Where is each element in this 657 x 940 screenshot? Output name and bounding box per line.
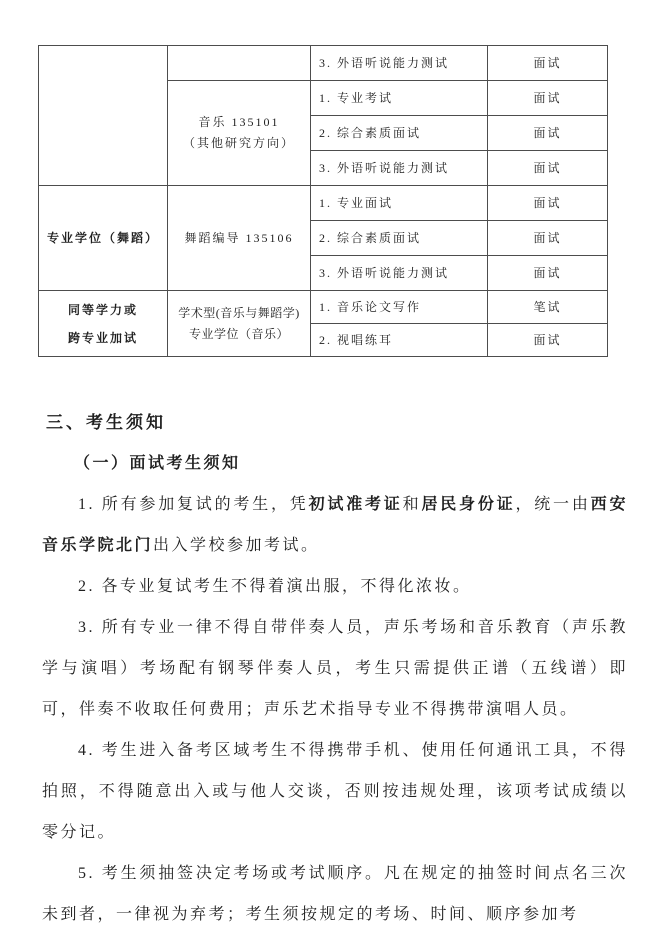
program-line: 音乐 135101 xyxy=(168,112,310,133)
program-line: 专业学位（音乐） xyxy=(168,324,310,345)
p1-segment: 和 xyxy=(403,496,422,513)
p1-segment: ，统一由 xyxy=(515,496,590,513)
program-cell-academic: 学术型(音乐与舞蹈学) 专业学位（音乐） xyxy=(168,291,311,357)
program-cell-music: 音乐 135101 （其他研究方向） xyxy=(168,81,311,186)
notice-paragraph-1: 1. 所有参加复试的考生，凭初试准考证和居民身份证，统一由西安音乐学院北门出入学… xyxy=(42,484,628,566)
mode-cell: 面试 xyxy=(488,186,608,221)
mode-cell: 笔试 xyxy=(488,291,608,324)
program-line: （其他研究方向） xyxy=(168,133,310,154)
exam-subjects-table: 3. 外语听说能力测试 面试 音乐 135101 （其他研究方向） 1. 专业考… xyxy=(38,45,608,357)
p1-segment: 1. 所有参加复试的考生，凭 xyxy=(78,496,309,513)
subject-cell: 2. 综合素质面试 xyxy=(311,221,488,256)
category-cell-equivalency: 同等学力或 跨专业加试 xyxy=(39,291,168,357)
subject-cell: 1. 专业考试 xyxy=(311,81,488,116)
category-cell-dance-degree: 专业学位（舞蹈） xyxy=(39,186,168,291)
table-row: 专业学位（舞蹈） 舞蹈编导 135106 1. 专业面试 面试 xyxy=(39,186,608,221)
p1-segment-bold: 初试准考证 xyxy=(309,496,403,513)
table-row: 同等学力或 跨专业加试 学术型(音乐与舞蹈学) 专业学位（音乐） 1. 音乐论文… xyxy=(39,291,608,324)
notice-paragraph-2: 2. 各专业复试考生不得着演出服，不得化浓妆。 xyxy=(42,566,628,607)
program-cell-dance: 舞蹈编导 135106 xyxy=(168,186,311,291)
subject-cell: 3. 外语听说能力测试 xyxy=(311,46,488,81)
subject-cell: 3. 外语听说能力测试 xyxy=(311,256,488,291)
subject-cell: 2. 综合素质面试 xyxy=(311,116,488,151)
subject-cell: 1. 音乐论文写作 xyxy=(311,291,488,324)
p1-segment: 出入学校参加考试。 xyxy=(153,537,320,554)
mode-cell: 面试 xyxy=(488,46,608,81)
p1-segment-bold: 居民身份证 xyxy=(421,496,515,513)
mode-cell: 面试 xyxy=(488,151,608,186)
document-page: 3. 外语听说能力测试 面试 音乐 135101 （其他研究方向） 1. 专业考… xyxy=(0,0,657,940)
table-row: 3. 外语听说能力测试 面试 xyxy=(39,46,608,81)
mode-cell: 面试 xyxy=(488,116,608,151)
mode-cell: 面试 xyxy=(488,324,608,357)
section-heading: 三、考生须知 xyxy=(46,402,628,443)
category-cell-empty xyxy=(39,46,168,186)
subject-cell: 1. 专业面试 xyxy=(311,186,488,221)
category-line: 跨专业加试 xyxy=(39,324,167,352)
notice-paragraph-4: 4. 考生进入备考区域考生不得携带手机、使用任何通讯工具，不得拍照，不得随意出入… xyxy=(42,730,628,853)
subsection-heading: （一）面试考生须知 xyxy=(42,443,628,484)
program-cell-empty xyxy=(168,46,311,81)
notice-paragraph-3: 3. 所有专业一律不得自带伴奏人员，声乐考场和音乐教育（声乐教学与演唱）考场配有… xyxy=(42,607,628,730)
subject-cell: 3. 外语听说能力测试 xyxy=(311,151,488,186)
notice-paragraph-5: 5. 考生须抽签决定考场或考试顺序。凡在规定的抽签时间点名三次未到者，一律视为弃… xyxy=(42,853,628,935)
subject-cell: 2. 视唱练耳 xyxy=(311,324,488,357)
category-line: 同等学力或 xyxy=(39,296,167,324)
notice-section: 三、考生须知 （一）面试考生须知 1. 所有参加复试的考生，凭初试准考证和居民身… xyxy=(42,402,628,935)
program-line: 学术型(音乐与舞蹈学) xyxy=(168,303,310,324)
mode-cell: 面试 xyxy=(488,81,608,116)
mode-cell: 面试 xyxy=(488,256,608,291)
mode-cell: 面试 xyxy=(488,221,608,256)
